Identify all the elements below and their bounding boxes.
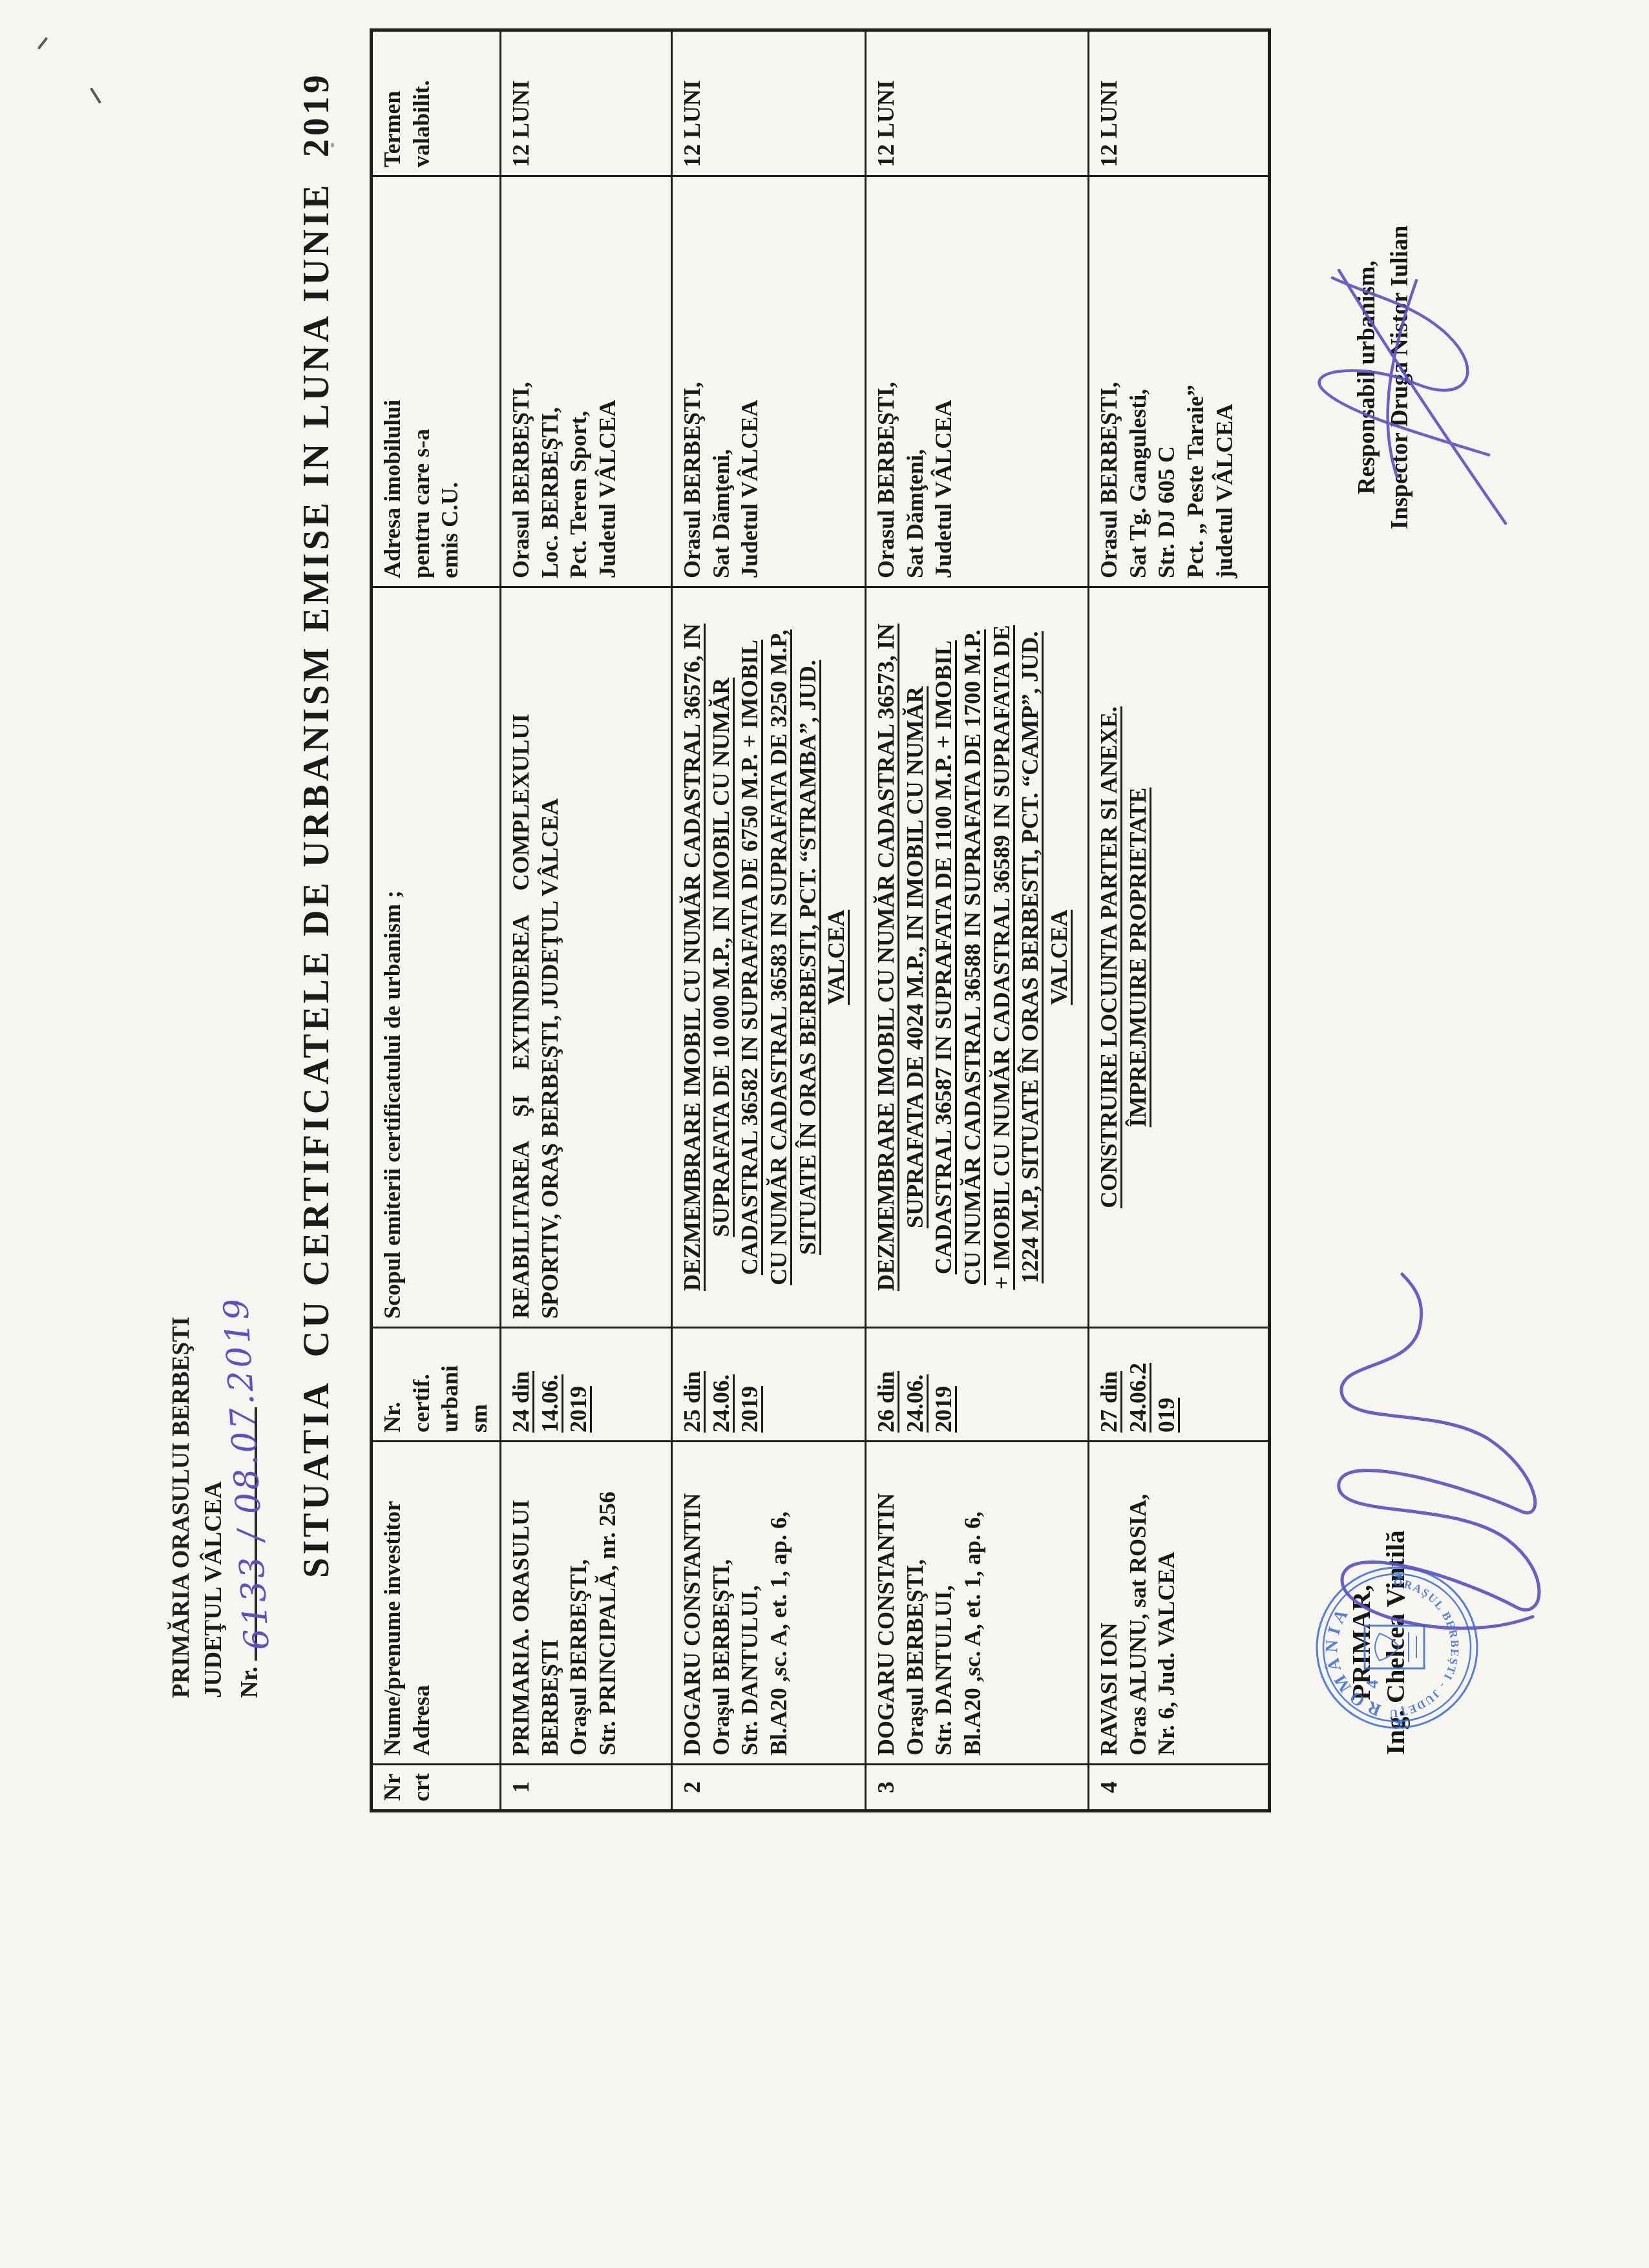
cell-scopul-line: 1224 M.P, SITUATE ÎN ORAS BERBESTI, PCT.… — [1016, 596, 1045, 1319]
cell-scopul-line: VALCEA — [1045, 596, 1074, 1319]
cell-scopul-line: DEZMEMBRARE IMOBIL CU NUMĂR CADASTRAL 36… — [872, 596, 901, 1319]
urbanism-signature-block: Responsabil urbanism, Inspector Druga Ni… — [1350, 216, 1416, 539]
certificate-row-2: 2DOGARU CONSTANTINOraşul BERBEŞTI,Str. D… — [672, 30, 866, 1811]
header-scopul-line: Scopul emiterii certificatului de urbani… — [378, 596, 407, 1319]
cell-property-address-line: judetul VÂLCEA — [1210, 185, 1239, 578]
header-nume-line: Adresa — [407, 1450, 436, 1756]
certificate-row-1: 1PRIMARIA. ORASULUIBERBEŞTIOraşul BERBEŞ… — [501, 30, 672, 1811]
cell-certif-no-line: 2019 — [735, 1336, 764, 1433]
cell-scopul-line: SPORTIV, ORAŞ BERBEŞTI, JUDEŢUL VÂLCEA — [536, 596, 565, 1319]
cell-certif-no-line: 2019 — [929, 1336, 958, 1433]
cell-certif-no-line: 24.06.2 — [1124, 1336, 1153, 1433]
cell-investor: RAVASI IONOras ALUNU, sat ROSIA,Nr. 6, J… — [1089, 1442, 1270, 1765]
header-nume: Nume/prenume investitorAdresa — [372, 1442, 501, 1765]
cell-scopul-line: CU NUMĂR CADASTRAL 36583 IN SUPRAFATA DE… — [764, 596, 793, 1319]
document-title: SITUATIA CU CERTIFICATELE DE URBANISM EM… — [296, 72, 337, 1578]
cell-validity-line: 12 LUNI — [678, 39, 707, 167]
cell-investor-line: Oras ALUNU, sat ROSIA, — [1124, 1450, 1153, 1756]
scan-speck — [37, 37, 48, 50]
scanned-document-sheet: PRIMĂRIA ORASULUI BERBEŞTI JUDEŢUL VÂLCE… — [0, 0, 1649, 2268]
cell-investor-line: Bl.A20 ,sc. A, et. 1, ap. 6, — [958, 1450, 987, 1756]
cell-investor-line: Oraşul BERBEŞTI, — [901, 1450, 930, 1756]
cell-certif-no-line: 14.06. — [536, 1336, 565, 1433]
header-certif: Nr.certif.urbanism — [372, 1328, 501, 1442]
mayor-title: PRIMAR, — [1344, 1477, 1378, 1808]
cell-property-address-line: Sat Tg. Gangulesti, — [1124, 185, 1153, 578]
cell-certif-no: 27 din24.06.2019 — [1089, 1328, 1270, 1442]
cell-scopul-line: VALCEA — [822, 596, 851, 1319]
cell-scopul-line: CADASTRAL 36582 IN SUPRAFATA DE 6750 M.P… — [735, 596, 764, 1319]
mayor-name: Ing. Chelcea Vintilă — [1378, 1477, 1413, 1808]
cell-certif-no-line: 019 — [1152, 1336, 1181, 1433]
header-certif-line: sm — [465, 1336, 494, 1433]
cell-property-address-line: Judetul VÂLCEA — [593, 185, 622, 578]
certificate-row-4: 4RAVASI IONOras ALUNU, sat ROSIA,Nr. 6, … — [1089, 30, 1270, 1811]
cell-property-address-line: Judetul VÂLCEA — [929, 185, 958, 578]
cell-property-address-line: Orasul BERBEŞTI, — [1095, 185, 1124, 578]
cell-certif-no-line: 26 din — [872, 1336, 901, 1433]
cell-investor: DOGARU CONSTANTINOraşul BERBEŞTI,Str. DA… — [672, 1442, 866, 1765]
header-nr-crt: Nrcrt — [372, 1765, 501, 1811]
cell-nr-crt: 4 — [1089, 1765, 1270, 1811]
cell-scopul-line: + IMOBIL CU NUMĂR CADASTRAL 36589 IN SUP… — [987, 596, 1016, 1319]
certificates-table-body: NrcrtNume/prenume investitorAdresaNr.cer… — [372, 30, 1270, 1811]
cell-validity: 12 LUNI — [501, 30, 672, 176]
cell-validity-line: 12 LUNI — [507, 39, 536, 167]
cell-property-address-line: Sat Dămţeni, — [707, 185, 736, 578]
cell-scopul: CONSTRUIRE LOCUINTA PARTER SI ANEXE.ÎMPR… — [1089, 587, 1270, 1328]
certificate-row-3: 3DOGARU CONSTANTINOraşul BERBEŞTI,Str. D… — [866, 30, 1089, 1811]
header-termen-line: valabilit. — [407, 39, 436, 167]
cell-certif-no-line: 24.06. — [901, 1336, 930, 1433]
cell-certif-no: 24 din14.06.2019 — [501, 1328, 672, 1442]
cell-investor-line: Bl.A20 ,sc. A, et. 1, ap. 6, — [764, 1450, 793, 1756]
cell-scopul-line: SUPRAFATA DE 10 000 M.P., IN IMOBIL CU N… — [707, 596, 736, 1319]
cell-investor-line: DOGARU CONSTANTIN — [678, 1450, 707, 1756]
cell-certif-no: 25 din24.06.2019 — [672, 1328, 866, 1442]
cell-validity: 12 LUNI — [866, 30, 1089, 176]
cell-investor: PRIMARIA. ORASULUIBERBEŞTIOraşul BERBEŞT… — [501, 1442, 672, 1765]
cell-property-address: Orasul BERBEŞTI,Sat Dămţeni,Judetul VÂLC… — [672, 176, 866, 587]
cell-property-address-line: Orasul BERBEŞTI, — [678, 185, 707, 578]
cell-investor-line: Oraşul BERBEŞTI, — [564, 1450, 593, 1756]
cell-scopul-line: CU NUMĂR CADASTRAL 36588 IN SUPRAFATA DE… — [958, 596, 987, 1319]
urbanism-title: Responsabil urbanism, — [1350, 216, 1383, 539]
cell-nr-crt-line: 4 — [1095, 1773, 1124, 1801]
header-nr-crt-line: Nr — [378, 1773, 407, 1801]
cell-validity-line: 12 LUNI — [872, 39, 901, 167]
table-header-row: NrcrtNume/prenume investitorAdresaNr.cer… — [372, 30, 501, 1811]
cell-investor-line: Str. DANTULUI, — [735, 1450, 764, 1756]
number-label: Nr. — [236, 1666, 263, 1698]
header-certif-line: Nr. — [378, 1336, 407, 1433]
header-certif-line: certif. — [407, 1336, 436, 1433]
cell-scopul: REABILITAREA ŞI EXTINDEREA COMPLEXULUISP… — [501, 587, 672, 1328]
cell-certif-no-line: 25 din — [678, 1336, 707, 1433]
cell-property-address-line: Pct. Teren Sport, — [564, 185, 593, 578]
cell-scopul-line: SITUATE ÎN ORAS BERBESTI, PCT. “STRAMBA”… — [793, 596, 823, 1319]
cell-investor-line: Nr. 6, Jud. VALCEA — [1152, 1450, 1181, 1756]
cell-investor-line: Oraşul BERBEŞTI, — [707, 1450, 736, 1756]
certificates-table: NrcrtNume/prenume investitorAdresaNr.cer… — [370, 28, 1271, 1812]
cell-certif-no-line: 2019 — [564, 1336, 593, 1433]
cell-nr-crt: 3 — [866, 1765, 1089, 1811]
cell-property-address-line: Str. DJ 605 C — [1152, 185, 1181, 578]
header-termen-line: Termen — [378, 39, 407, 167]
cell-certif-no-line: 24.06. — [707, 1336, 736, 1433]
cell-certif-no-line: 27 din — [1095, 1336, 1124, 1433]
cell-investor-line: DOGARU CONSTANTIN — [872, 1450, 901, 1756]
cell-property-address-line: Pct. „ Peste Taraie” — [1181, 185, 1210, 578]
header-scopul: Scopul emiterii certificatului de urbani… — [372, 587, 501, 1328]
cell-investor-line: BERBEŞTI — [536, 1450, 565, 1756]
header-adresa-line: emis C.U. — [436, 185, 465, 578]
cell-nr-crt: 1 — [501, 1765, 672, 1811]
cell-scopul-line: REABILITAREA ŞI EXTINDEREA COMPLEXULUI — [507, 596, 536, 1319]
cell-property-address-line: Orasul BERBEŞTI, — [507, 185, 536, 578]
cell-certif-no: 26 din24.06.2019 — [866, 1328, 1089, 1442]
scan-speck — [331, 143, 334, 147]
cell-investor-line: Str. DANTULUI, — [929, 1450, 958, 1756]
header-nr-crt-line: crt — [407, 1773, 436, 1801]
cell-certif-no-line: 24 din — [507, 1336, 536, 1433]
header-adresa: Adresa imobiluluipentru care s-aemis C.U… — [372, 176, 501, 587]
cell-scopul: DEZMEMBRARE IMOBIL CU NUMĂR CADASTRAL 36… — [672, 587, 866, 1328]
letterhead-institution: PRIMĂRIA ORASULUI BERBEŞTI — [165, 1317, 198, 1698]
cell-scopul-line: CADASTRAL 36587 IN SUPRAFATA DE 1100 M.P… — [929, 596, 958, 1319]
cell-nr-crt-line: 3 — [872, 1773, 901, 1801]
cell-validity: 12 LUNI — [672, 30, 866, 176]
cell-property-address-line: Sat Dămţeni, — [901, 185, 930, 578]
header-termen: Termenvalabilit. — [372, 30, 501, 176]
mayor-signature-block: PRIMAR, Ing. Chelcea Vintilă — [1344, 1477, 1413, 1808]
cell-property-address: Orasul BERBEŞTI,Sat Tg. Gangulesti,Str. … — [1089, 176, 1270, 587]
header-adresa-line: pentru care s-a — [407, 185, 436, 578]
cell-validity: 12 LUNI — [1089, 30, 1270, 176]
header-nume-line: Nume/prenume investitor — [378, 1450, 407, 1756]
cell-scopul-line: ÎMPREJMUIRE PROPRIETATE — [1124, 596, 1153, 1319]
cell-investor-line: RAVASI ION — [1095, 1450, 1124, 1756]
cell-nr-crt-line: 2 — [678, 1773, 707, 1801]
cell-investor-line: PRIMARIA. ORASULUI — [507, 1450, 536, 1756]
cell-validity-line: 12 LUNI — [1095, 39, 1124, 167]
cell-investor: DOGARU CONSTANTINOraşul BERBEŞTI,Str. DA… — [866, 1442, 1089, 1765]
cell-property-address: Orasul BERBEŞTI,Loc. BERBEŞTI,Pct. Teren… — [501, 176, 672, 587]
cell-scopul-line: DEZMEMBRARE IMOBIL CU NUMĂR CADASTRAL 36… — [678, 596, 707, 1319]
cell-nr-crt: 2 — [672, 1765, 866, 1811]
header-certif-line: urbani — [436, 1336, 465, 1433]
urbanism-name: Inspector Druga Nistor Iulian — [1383, 216, 1416, 539]
header-adresa-line: Adresa imobilului — [378, 185, 407, 578]
cell-property-address-line: Judetul VÂLCEA — [735, 185, 764, 578]
cell-scopul-line: CONSTRUIRE LOCUINTA PARTER SI ANEXE. — [1095, 596, 1124, 1319]
cell-property-address: Orasul BERBEŞTI,Sat Dămţeni,Judetul VÂLC… — [866, 176, 1089, 587]
cell-nr-crt-line: 1 — [507, 1773, 536, 1801]
cell-scopul-line: SUPRAFATA DE 4024 M.P., IN IMOBIL CU NUM… — [901, 596, 930, 1319]
scan-speck — [90, 87, 101, 104]
cell-property-address-line: Orasul BERBEŞTI, — [872, 185, 901, 578]
cell-scopul: DEZMEMBRARE IMOBIL CU NUMĂR CADASTRAL 36… — [866, 587, 1089, 1328]
cell-property-address-line: Loc. BERBEŞTI, — [536, 185, 565, 578]
cell-investor-line: Str. PRINCIPALĂ, nr. 256 — [593, 1450, 622, 1756]
